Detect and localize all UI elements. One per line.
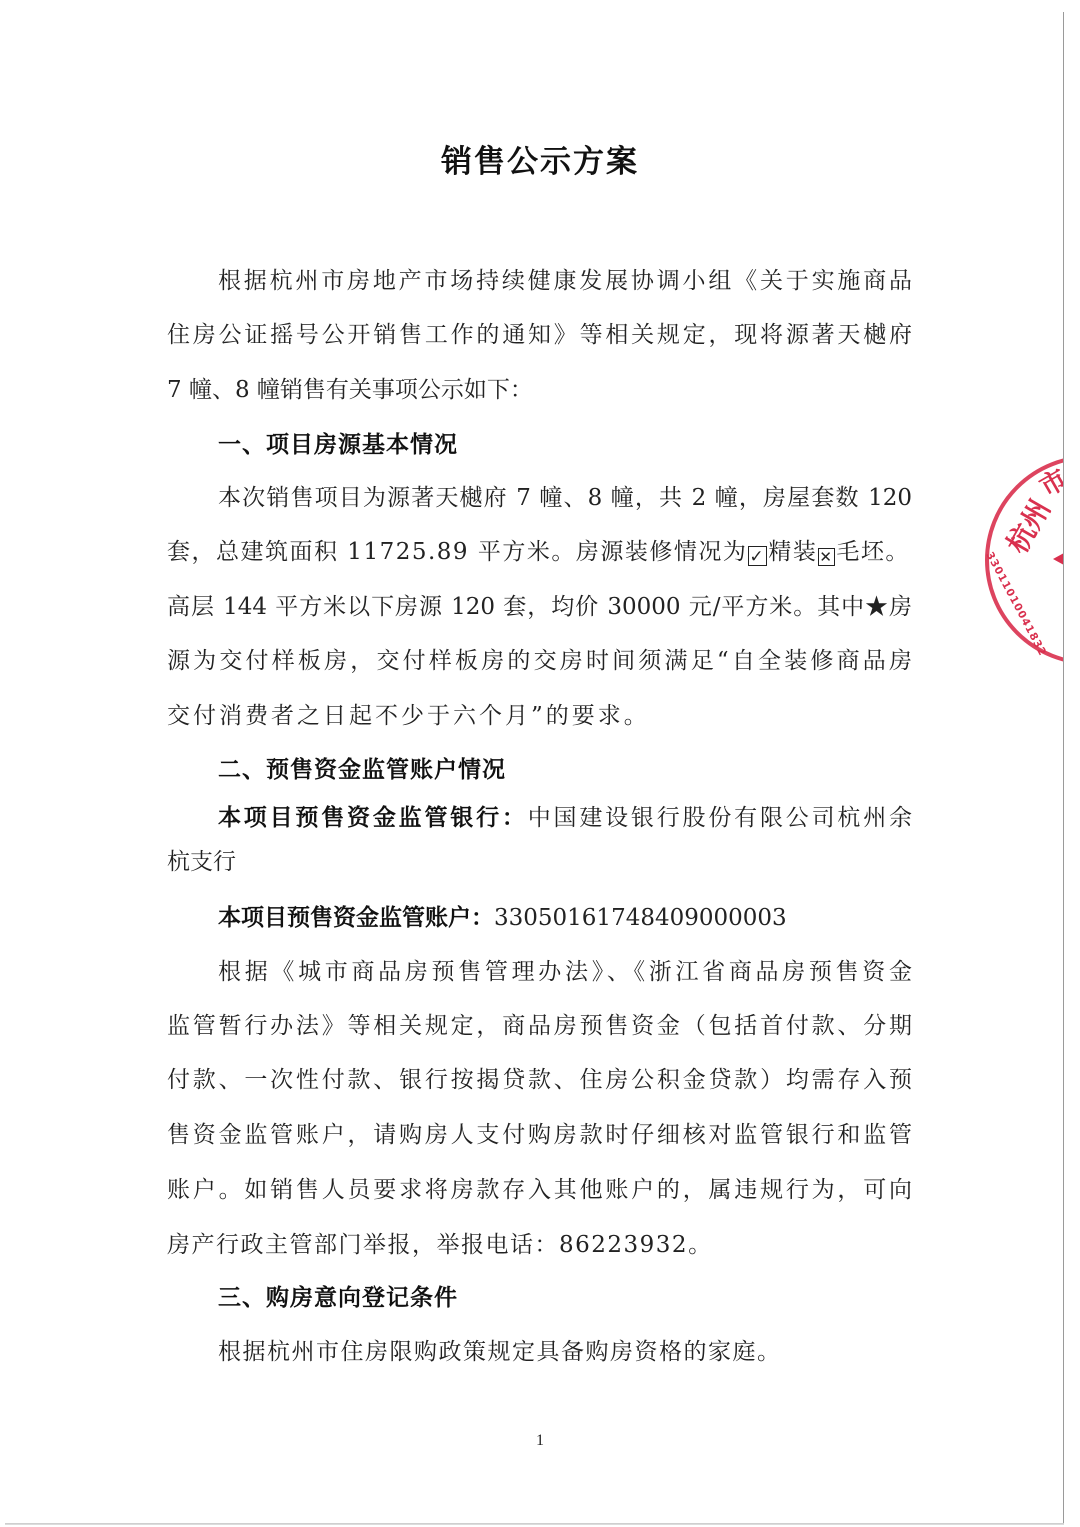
section2-account-line: 本项目预售资金监管账户：33050161748409000003 bbox=[218, 903, 912, 933]
page-right-edge bbox=[1063, 12, 1064, 1524]
section1-heading: 一、项目房源基本情况 bbox=[218, 430, 912, 460]
intro-line-1: 根据杭州市房地产市场持续健康发展协调小组《关于实施商品 bbox=[218, 266, 912, 296]
section1-line-3: 高层 144 平方米以下房源 120 套，均价 30000 元/平方米。其中★房 bbox=[167, 592, 912, 622]
section1-line-2-end: 。 bbox=[885, 539, 910, 565]
bank-value: 中国建设银行股份有限公司杭州余 bbox=[528, 805, 912, 831]
section2-line-5: 账户。如销售人员要求将房款存入其他账户的，属违规行为，可向 bbox=[167, 1175, 912, 1205]
section2-line-3: 付款、一次性付款、银行按揭贷款、住房公积金贷款）均需存入预 bbox=[167, 1065, 912, 1095]
section1-line-2-text: 套，总建筑面积 11725.89 平方米。房源装修情况为 bbox=[167, 539, 747, 565]
section2-line-6: 房产行政主管部门举报，举报电话：86223932。 bbox=[167, 1230, 912, 1260]
section2-line-2: 监管暂行办法》等相关规定，商品房预售资金（包括首付款、分期 bbox=[167, 1011, 912, 1041]
account-value: 33050161748409000003 bbox=[494, 905, 787, 931]
label-rough-decoration: 毛坯 bbox=[836, 539, 885, 565]
section2-line-1: 根据《城市商品房预售管理办法》、《浙江省商品房预售资金 bbox=[218, 957, 912, 987]
label-finished-decoration: 精装 bbox=[768, 539, 817, 565]
checkbox-rough-decoration: ✕ bbox=[818, 548, 835, 566]
section2-bank-line-2: 杭支行 bbox=[167, 847, 912, 877]
page-number: 1 bbox=[0, 1432, 1080, 1450]
document-page: 销售公示方案 根据杭州市房地产市场持续健康发展协调小组《关于实施商品 住房公证摇… bbox=[0, 0, 1080, 1527]
bank-label: 本项目预售资金监管银行： bbox=[218, 805, 528, 831]
section2-heading: 二、预售资金监管账户情况 bbox=[218, 755, 912, 785]
document-title: 销售公示方案 bbox=[0, 136, 1080, 181]
section3-heading: 三、购房意向登记条件 bbox=[218, 1283, 912, 1313]
official-seal: 杭州 市 33011010041832 bbox=[960, 430, 1063, 690]
page-bottom-edge bbox=[5, 1523, 1064, 1525]
section1-line-1: 本次销售项目为源著天樾府 7 幢、8 幢，共 2 幢，房屋套数 120 bbox=[218, 483, 912, 513]
section2-bank-line: 本项目预售资金监管银行：中国建设银行股份有限公司杭州余 bbox=[218, 803, 912, 833]
section1-line-4: 源为交付样板房，交付样板房的交房时间须满足“自全装修商品房 bbox=[167, 646, 912, 676]
section1-line-5: 交付消费者之日起不少于六个月”的要求。 bbox=[167, 701, 912, 731]
section2-line-4: 售资金监管账户，请购房人支付购房款时仔细核对监管银行和监管 bbox=[167, 1120, 912, 1150]
section3-line-1: 根据杭州市住房限购政策规定具备购房资格的家庭。 bbox=[218, 1337, 912, 1367]
seal-star-icon bbox=[1053, 553, 1063, 565]
checkbox-finished-decoration: ✓ bbox=[748, 546, 767, 566]
intro-line-3: 7 幢、8 幢销售有关事项公示如下： bbox=[167, 375, 912, 405]
intro-line-2: 住房公证摇号公开销售工作的通知》等相关规定，现将源著天樾府 bbox=[167, 320, 912, 350]
account-label: 本项目预售资金监管账户： bbox=[218, 905, 494, 931]
section1-line-2: 套，总建筑面积 11725.89 平方米。房源装修情况为✓精装✕毛坯。 bbox=[167, 537, 912, 567]
